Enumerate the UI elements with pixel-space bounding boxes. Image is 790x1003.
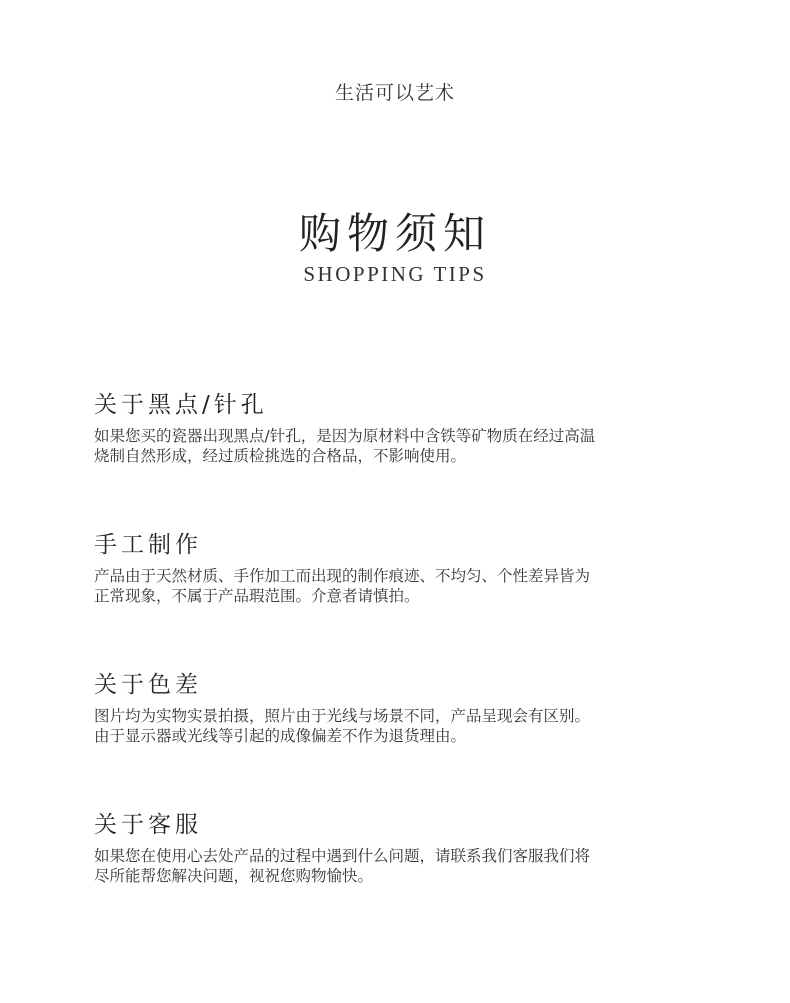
section-title: 关于客服	[94, 810, 694, 840]
section-title: 手工制作	[94, 530, 694, 560]
page-subtitle: SHOPPING TIPS	[0, 262, 790, 287]
page-title: 购物须知	[0, 206, 790, 262]
section-color-difference: 关于色差 图片均为实物实景拍摄，照片由于光线与场景不同，产品呈现会有区别。由于显…	[94, 670, 694, 746]
section-title: 关于黑点/针孔	[94, 390, 694, 420]
section-body: 如果您在使用心去处产品的过程中遇到什么问题，请联系我们客服我们将尽所能帮您解决问…	[94, 846, 664, 886]
section-body: 图片均为实物实景拍摄，照片由于光线与场景不同，产品呈现会有区别。由于显示器或光线…	[94, 706, 664, 746]
section-handmade: 手工制作 产品由于天然材质、手作加工而出现的制作痕迹、不均匀、个性差异皆为正常现…	[94, 530, 694, 606]
section-body: 如果您买的瓷器出现黑点/针孔，是因为原材料中含铁等矿物质在经过高温烧制自然形成，…	[94, 426, 664, 466]
section-customer-service: 关于客服 如果您在使用心去处产品的过程中遇到什么问题，请联系我们客服我们将尽所能…	[94, 810, 694, 886]
tagline: 生活可以艺术	[0, 78, 790, 105]
section-body: 产品由于天然材质、手作加工而出现的制作痕迹、不均匀、个性差异皆为正常现象，不属于…	[94, 566, 664, 606]
section-black-spots: 关于黑点/针孔 如果您买的瓷器出现黑点/针孔，是因为原材料中含铁等矿物质在经过高…	[94, 390, 694, 466]
section-title: 关于色差	[94, 670, 694, 700]
